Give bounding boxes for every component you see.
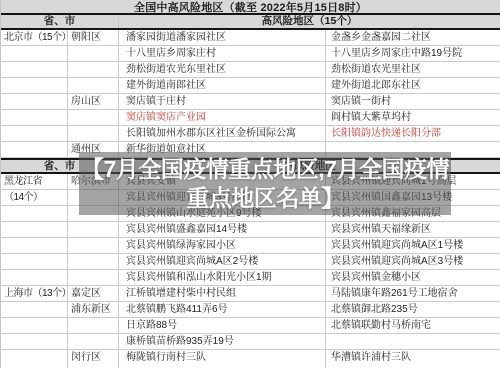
district-cell [68, 78, 119, 93]
district-cell [68, 46, 119, 61]
area-cell: 劲松街道农光里社区 [326, 62, 500, 77]
district-cell: 闵行区 [68, 350, 119, 368]
table-row: 十八里店乡周家庄村 十八里店乡周家庄中路19号院 [1, 46, 500, 62]
table-row: 宾县宾州镇盛鑫嘉园14号楼 宾县宾州镇天福缘新区 [1, 222, 500, 238]
area-cell: 华漕镇许浦村三队 [326, 350, 500, 368]
district-cell [68, 238, 119, 253]
province-cell [1, 302, 68, 317]
province-cell: （14个） [1, 190, 68, 205]
area-cell: 北蔡镇御北路235号 [326, 302, 500, 317]
table-row: 房山区 窦店镇于庄村 窦店镇一街村 [1, 94, 500, 110]
table-row: 宾县宾州镇和泓山水阳光小区1期 宾县宾州镇金穗小区 [1, 270, 500, 286]
table-row: 劲松街道农光东里社区 劲松街道农光里社区 [1, 62, 500, 78]
area-cell: 窦店镇一街村 [326, 94, 500, 109]
area-cell: 宾县宾州镇迎宾尚城A区1号楼 [326, 238, 500, 253]
table-row: 闵行区 梅陇镇行南村三队 华漕镇许浦村三队 [1, 350, 500, 368]
province-cell: 黑龙江省 [1, 174, 68, 189]
area-cell: 康桥镇苗桥路935弄19号 [119, 334, 326, 349]
district-cell: 嘉定区 [68, 286, 119, 301]
table-row: 上海市（13个） 嘉定区 江桥镇增建村柴中村民组 马陆镇康年路261号工地宿舍 [1, 286, 500, 302]
district-cell [68, 334, 119, 349]
area-cell: 北蔡镇鹏飞路411弄6号 [119, 302, 326, 317]
area-cell: 宾县宾州镇金穗小区 [326, 270, 500, 285]
table-row: 宾县宾州镇迎宾尚城A区2号楼 宾县宾州镇迎宾尚城A区3号楼 [1, 254, 500, 270]
district-cell [68, 222, 119, 237]
table-row: 北京市（15个） 朝阳区 潘家园街道潘家园社区 金盏乡金盏嘉园二社区 [1, 30, 500, 46]
high-risk-header-row: 省、市 高风险地区（15个） [1, 15, 500, 30]
district-cell [68, 270, 119, 285]
district-cell [68, 318, 119, 333]
province-cell [1, 94, 68, 109]
area-cell: 江桥镇增建村柴中村民组 [119, 286, 326, 301]
district-cell: 朝阳区 [68, 30, 119, 45]
area-cell: 宾县宾州镇和泓山水阳光小区1期 [119, 270, 326, 285]
province-cell [1, 46, 68, 61]
table-row: 康桥镇苗桥路935弄19号 [1, 334, 500, 350]
province-cell [1, 78, 68, 93]
area-cell: 宾县宾州镇绿海家园小区 [119, 238, 326, 253]
table-row: 窦店镇窦店产业园 阎村镇大紫草坞村 [1, 110, 500, 126]
province-city-header: 省、市 [1, 15, 119, 28]
area-cell: 马陆镇康年路261号工地宿舍 [326, 286, 500, 301]
table-row: 日京路88号 北蔡镇联勤村马桥南宅 [1, 318, 500, 334]
area-cell [326, 334, 500, 349]
district-cell [68, 110, 119, 125]
area-cell: 北蔡镇联勤村马桥南宅 [326, 318, 500, 333]
page-title: 全国中高风险地区（截至 2022年5月15日8时） [1, 0, 500, 15]
province-cell [1, 110, 68, 125]
area-cell: 宾县宾州镇迎宾尚城A区2号楼 [119, 254, 326, 269]
high-risk-areas-header: 高风险地区（15个） [119, 15, 500, 28]
province-cell: 上海市（13个） [1, 286, 68, 301]
area-cell: 十八里店乡周家庄中路19号院 [326, 46, 500, 61]
area-cell: 长阳镇韵达快递长阳分部 [326, 126, 500, 141]
risk-area-table: 全国中高风险地区（截至 2022年5月15日8时） 省、市 高风险地区（15个）… [0, 0, 500, 368]
table-row: 宾县宾州镇绿海家园小区 宾县宾州镇迎宾尚城A区1号楼 [1, 238, 500, 254]
district-cell [68, 62, 119, 77]
table-row: 建外街道南郎社区 建外街道北郎东社区 [1, 78, 500, 94]
table-row: 浦东新区 北蔡镇鹏飞路411弄6号 北蔡镇御北路235号 [1, 302, 500, 318]
watermark-overlay: 【7月全国疫情重点地区,7月全国疫情 重点地区名单】 [79, 152, 451, 215]
area-cell: 窦店镇于庄村 [119, 94, 326, 109]
district-cell: 房山区 [68, 94, 119, 109]
province-cell [1, 206, 68, 221]
province-cell [1, 334, 68, 349]
area-cell: 建外街道北郎东社区 [326, 78, 500, 93]
province-cell [1, 270, 68, 285]
watermark-text-line1: 【7月全国疫情重点地区,7月全国疫情 [81, 155, 449, 184]
province-cell: 北京市（15个） [1, 30, 68, 45]
province-cell [1, 126, 68, 141]
area-cell: 十八里店乡周家庄村 [119, 46, 326, 61]
province-cell [1, 222, 68, 237]
area-cell: 金盏乡金盏嘉园二社区 [326, 30, 500, 45]
area-cell: 窦店镇窦店产业园 [119, 110, 326, 125]
province-cell [1, 254, 68, 269]
watermark-text-line2: 重点地区名单】 [186, 184, 344, 213]
province-cell [1, 142, 68, 157]
province-cell [1, 238, 68, 253]
area-cell: 宾县宾州镇盛鑫嘉园14号楼 [119, 222, 326, 237]
district-cell [68, 254, 119, 269]
table-row: 长阳镇加州水郡东区社区金桥国际公寓 长阳镇韵达快递长阳分部 [1, 126, 500, 142]
area-cell: 宾县宾州镇迎宾尚城A区3号楼 [326, 254, 500, 269]
area-cell: 长阳镇加州水郡东区社区金桥国际公寓 [119, 126, 326, 141]
area-cell: 阎村镇大紫草坞村 [326, 110, 500, 125]
area-cell: 劲松街道农光东里社区 [119, 62, 326, 77]
province-cell [1, 318, 68, 333]
area-cell: 建外街道南郎社区 [119, 78, 326, 93]
area-cell: 宾县宾州镇天福缘新区 [326, 222, 500, 237]
province-cell [1, 350, 68, 368]
district-cell [68, 126, 119, 141]
area-cell: 梅陇镇行南村三队 [119, 350, 326, 368]
area-cell: 日京路88号 [119, 318, 326, 333]
province-cell [1, 62, 68, 77]
district-cell: 浦东新区 [68, 302, 119, 317]
area-cell: 潘家园街道潘家园社区 [119, 30, 326, 45]
